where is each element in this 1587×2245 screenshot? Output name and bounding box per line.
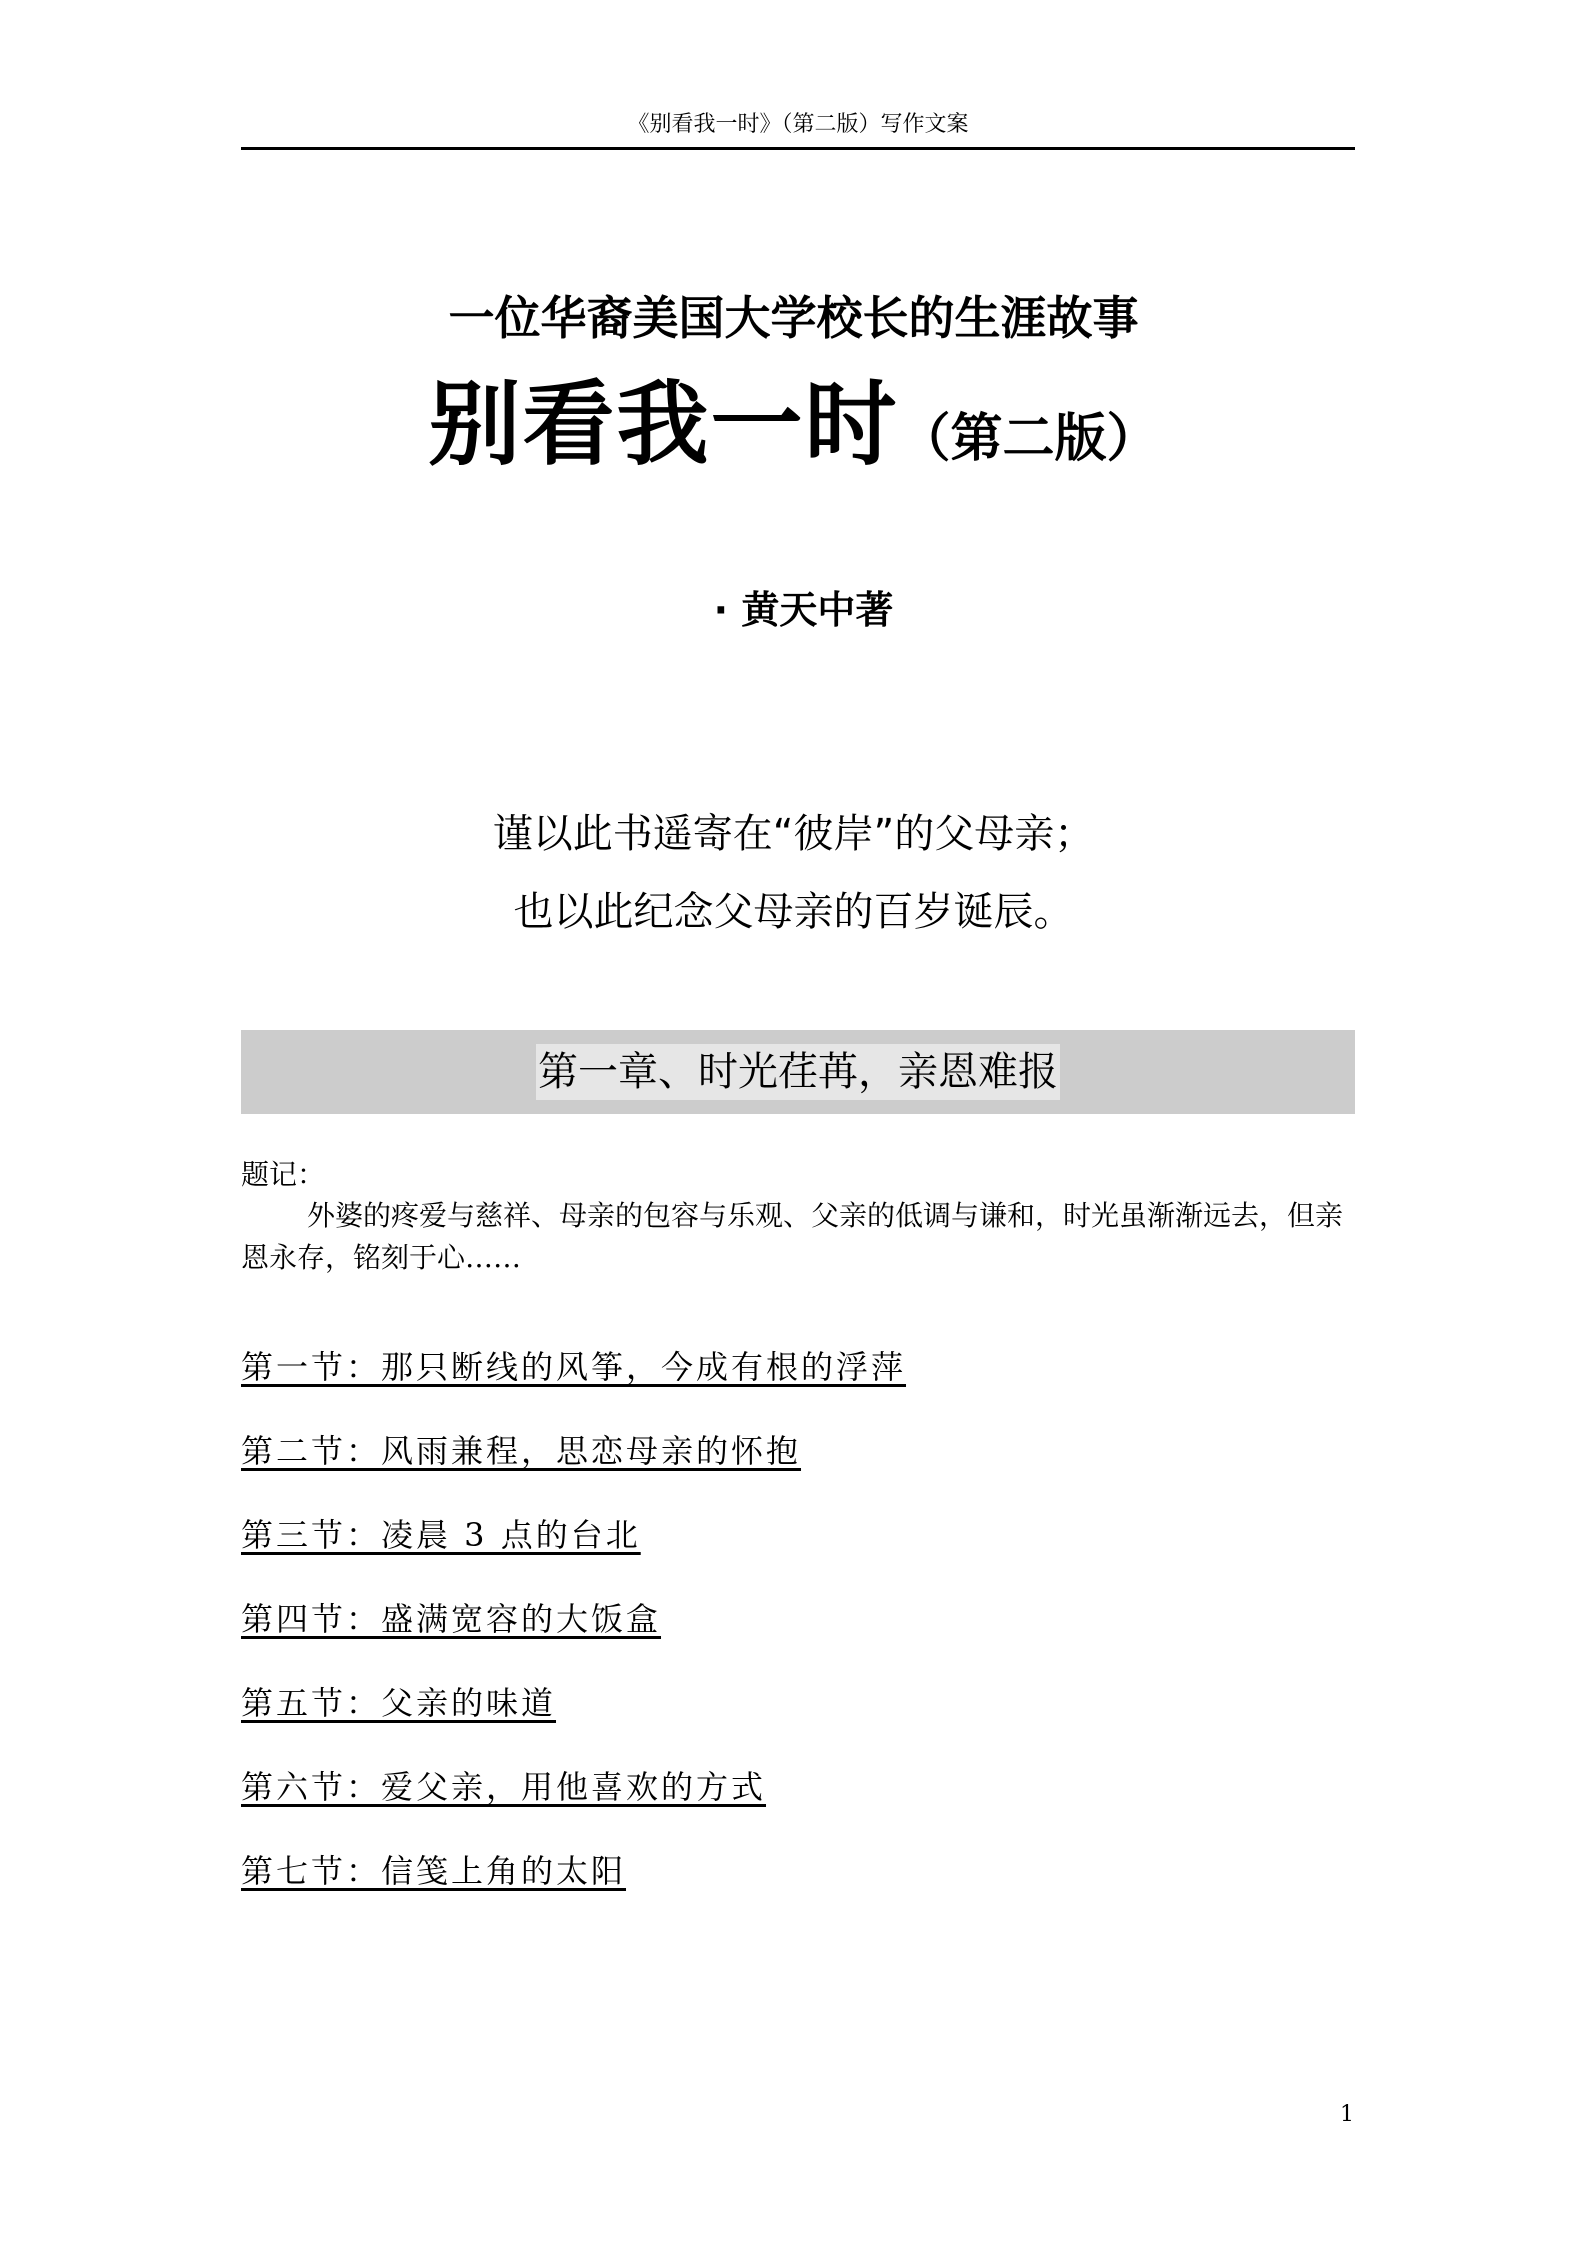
dedication-line: 也以此纪念父母亲的百岁诞辰。 [0, 873, 1587, 951]
dedication: 谨以此书遥寄在“彼岸”的父母亲； 也以此纪念父母亲的百岁诞辰。 [0, 795, 1587, 951]
section-link-2[interactable]: 第二节：风雨兼程，思恋母亲的怀抱 [241, 1429, 906, 1513]
section-list: 第一节：那只断线的风筝，今成有根的浮萍 第二节：风雨兼程，思恋母亲的怀抱 第三节… [241, 1345, 906, 1933]
running-header: 《别看我一时》（第二版）写作文案 [241, 110, 1355, 140]
author-line: · 黄天中著 [0, 585, 1587, 635]
section-link-1[interactable]: 第一节：那只断线的风筝，今成有根的浮萍 [241, 1345, 906, 1429]
section-link-4[interactable]: 第四节：盛满宽容的大饭盒 [241, 1597, 906, 1681]
section-link-6[interactable]: 第六节：爱父亲，用他喜欢的方式 [241, 1765, 906, 1849]
book-title-row: 别看我一时（第二版） [0, 375, 1587, 501]
book-subtitle: 一位华裔美国大学校长的生涯故事 [0, 288, 1587, 348]
chapter-title: 第一章、时光荏苒，亲恩难报 [536, 1044, 1060, 1100]
chapter-heading-band: 第一章、时光荏苒，亲恩难报 [241, 1030, 1355, 1114]
header-rule [241, 147, 1355, 150]
section-link-5[interactable]: 第五节：父亲的味道 [241, 1681, 906, 1765]
page-number: 1 [1340, 2100, 1354, 2130]
epigraph-label: 题记： [241, 1157, 325, 1193]
book-title: 别看我一时 [428, 371, 898, 478]
epigraph-text: 外婆的疼爱与慈祥、母亲的包容与乐观、父亲的低调与谦和，时光虽渐渐远去，但亲恩永存… [241, 1195, 1355, 1279]
book-edition: （第二版） [899, 409, 1159, 469]
section-link-7[interactable]: 第七节：信笺上角的太阳 [241, 1849, 906, 1933]
dedication-line: 谨以此书遥寄在“彼岸”的父母亲； [0, 795, 1587, 873]
section-link-3[interactable]: 第三节：凌晨 3 点的台北 [241, 1513, 906, 1597]
